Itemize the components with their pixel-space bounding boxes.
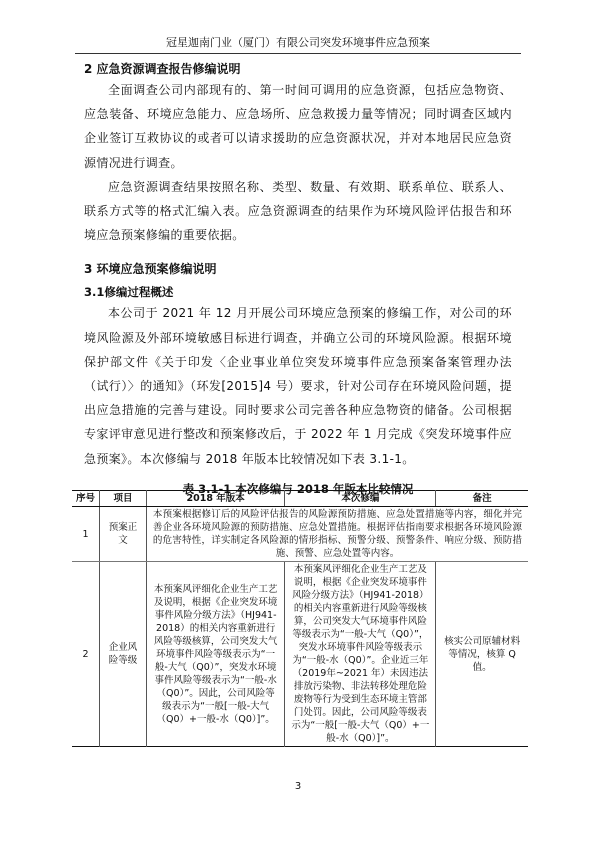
column-header-no: 序号 [72,491,100,507]
table-row: 2 企业风险等级 本预案风评细化企业生产工艺及说明，根据《企业突发环境事件风险分… [72,562,528,747]
paragraph: 应急资源调查结果按照名称、类型、数量、有效期、联系单位、联系人、联系方式等的格式… [84,175,512,248]
cell-item: 预案正文 [100,507,147,562]
cell-current-revision: 本预案风评细化企业生产工艺及说明，根据《企业突发环境事件风险分级方法》（HJ94… [285,562,436,747]
cell-2018-version: 本预案风评细化企业生产工艺及说明，根据《企业突发环境事件风险分级方法》（HJ94… [146,562,284,747]
section-heading-2: 2 应急资源调查报告修编说明 [84,61,512,78]
column-header-item: 项目 [100,491,147,507]
document-title: 冠星迦南门业（厦门）有限公司突发环境事件应急预案 [166,36,430,49]
column-header-remarks: 备注 [436,491,528,507]
column-header-current-revision: 本次修编 [285,491,436,507]
page-number: 3 [0,781,596,792]
comparison-table: 序号 项目 2018 年版本 本次修编 备注 1 预案正文 本预案根据修订后的风… [72,490,528,747]
cell-merged-content: 本预案根据修订后的风险评估报告的风险源预防措施、应急处置措施等内容，细化并完善企… [146,507,528,562]
cell-no: 1 [72,507,100,562]
cell-no: 2 [72,562,100,747]
page-body: 2 应急资源调查报告修编说明 全面调查公司内部现有的、第一时间可调用的应急资源，… [84,61,512,500]
cell-remarks: 核实公司原辅材料等情况，核算 Q 值。 [436,562,528,747]
table-row: 1 预案正文 本预案根据修订后的风险评估报告的风险源预防措施、应急处置措施等内容… [72,507,528,562]
paragraph: 全面调查公司内部现有的、第一时间可调用的应急资源，包括应急物资、应急装备、环境应… [84,78,512,175]
page-header: 冠星迦南门业（厦门）有限公司突发环境事件应急预案 [75,36,521,54]
column-header-2018-version: 2018 年版本 [146,491,284,507]
subsection-heading-3-1: 3.1修编过程概述 [84,284,512,301]
section-heading-3: 3 环境应急预案修编说明 [84,261,512,278]
paragraph: 本公司于 2021 年 12 月开展公司环境应急预案的修编工作，对公司的环境风险… [84,301,512,470]
cell-item: 企业风险等级 [100,562,147,747]
table-header-row: 序号 项目 2018 年版本 本次修编 备注 [72,491,528,507]
